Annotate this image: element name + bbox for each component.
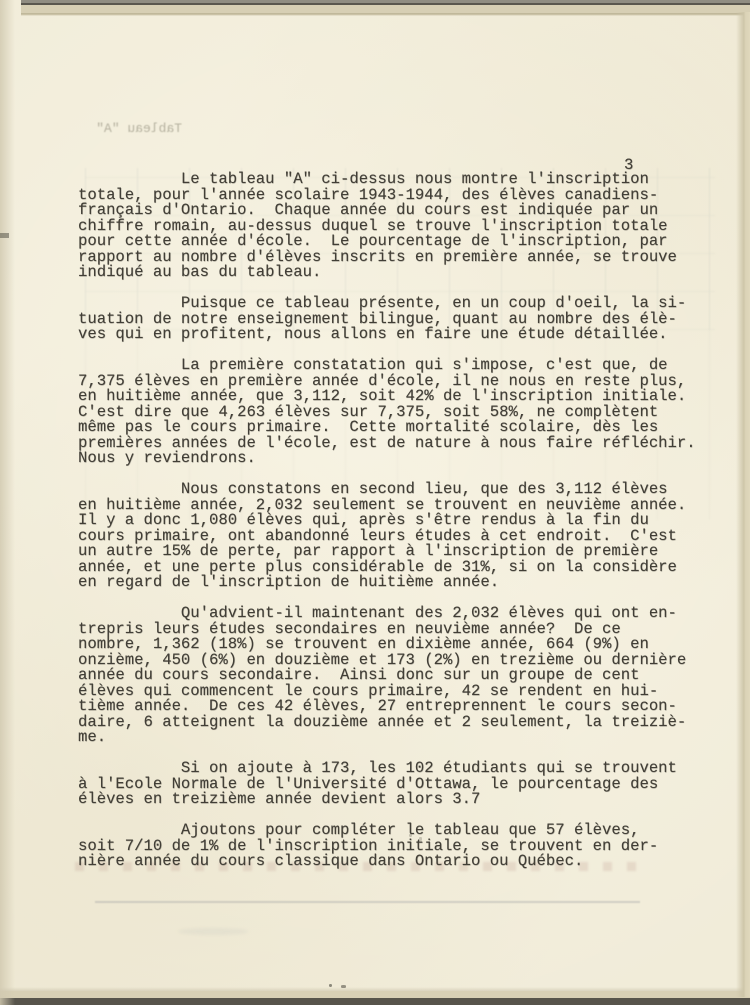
paragraph-4: Nous constatons en second lieu, que des … bbox=[78, 482, 720, 591]
scan-bottom-edge bbox=[0, 987, 750, 1005]
bleedthrough-horizontal-rule bbox=[95, 901, 640, 903]
faint-speck bbox=[409, 834, 412, 837]
page-body: Le tableau "A" ci-dessus nous montre l'i… bbox=[78, 172, 720, 885]
paragraph-6: Si on ajoute à 173, les 102 étudiants qu… bbox=[78, 761, 720, 808]
edge-mark bbox=[0, 233, 9, 238]
ink-speck bbox=[329, 984, 332, 987]
bleedthrough-tableau-a-text: Tableau "A" bbox=[70, 121, 182, 136]
document-page: Tableau "A" 3 Le tableau "A" ci-dessus n… bbox=[0, 0, 750, 1005]
ink-speck bbox=[341, 985, 346, 988]
faint-speck bbox=[419, 837, 422, 841]
paragraph-5: Qu'advient-il maintenant des 2,032 élève… bbox=[78, 606, 720, 746]
paragraph-3: La première constatation qui s'impose, c… bbox=[78, 358, 720, 467]
bleedthrough-smudge bbox=[178, 928, 248, 935]
paragraph-1: Le tableau "A" ci-dessus nous montre l'i… bbox=[78, 172, 720, 281]
paragraph-7: Ajoutons pour compléter le tableau que 5… bbox=[78, 823, 720, 870]
page-right-edge-shadow bbox=[736, 12, 750, 997]
page-left-edge-shadow bbox=[0, 0, 15, 1005]
paragraph-2: Puisque ce tableau présente, en un coup … bbox=[78, 296, 720, 343]
scan-top-edge bbox=[21, 0, 750, 16]
